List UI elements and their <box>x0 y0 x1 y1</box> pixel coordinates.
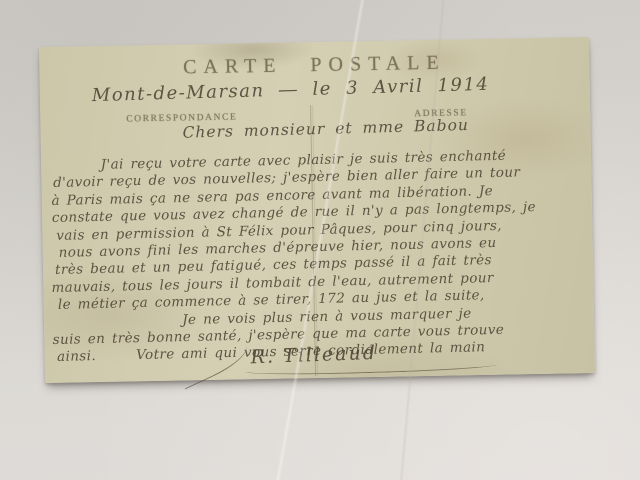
postcard-title: CARTE POSTALE <box>39 49 589 82</box>
postcard: CARTE POSTALE Mont-de-Marsan ― le 3 Avri… <box>39 37 595 383</box>
message-body: J'ai reçu votre carte avec plaisir je su… <box>49 146 592 367</box>
photo-background: CARTE POSTALE Mont-de-Marsan ― le 3 Avri… <box>0 0 640 480</box>
